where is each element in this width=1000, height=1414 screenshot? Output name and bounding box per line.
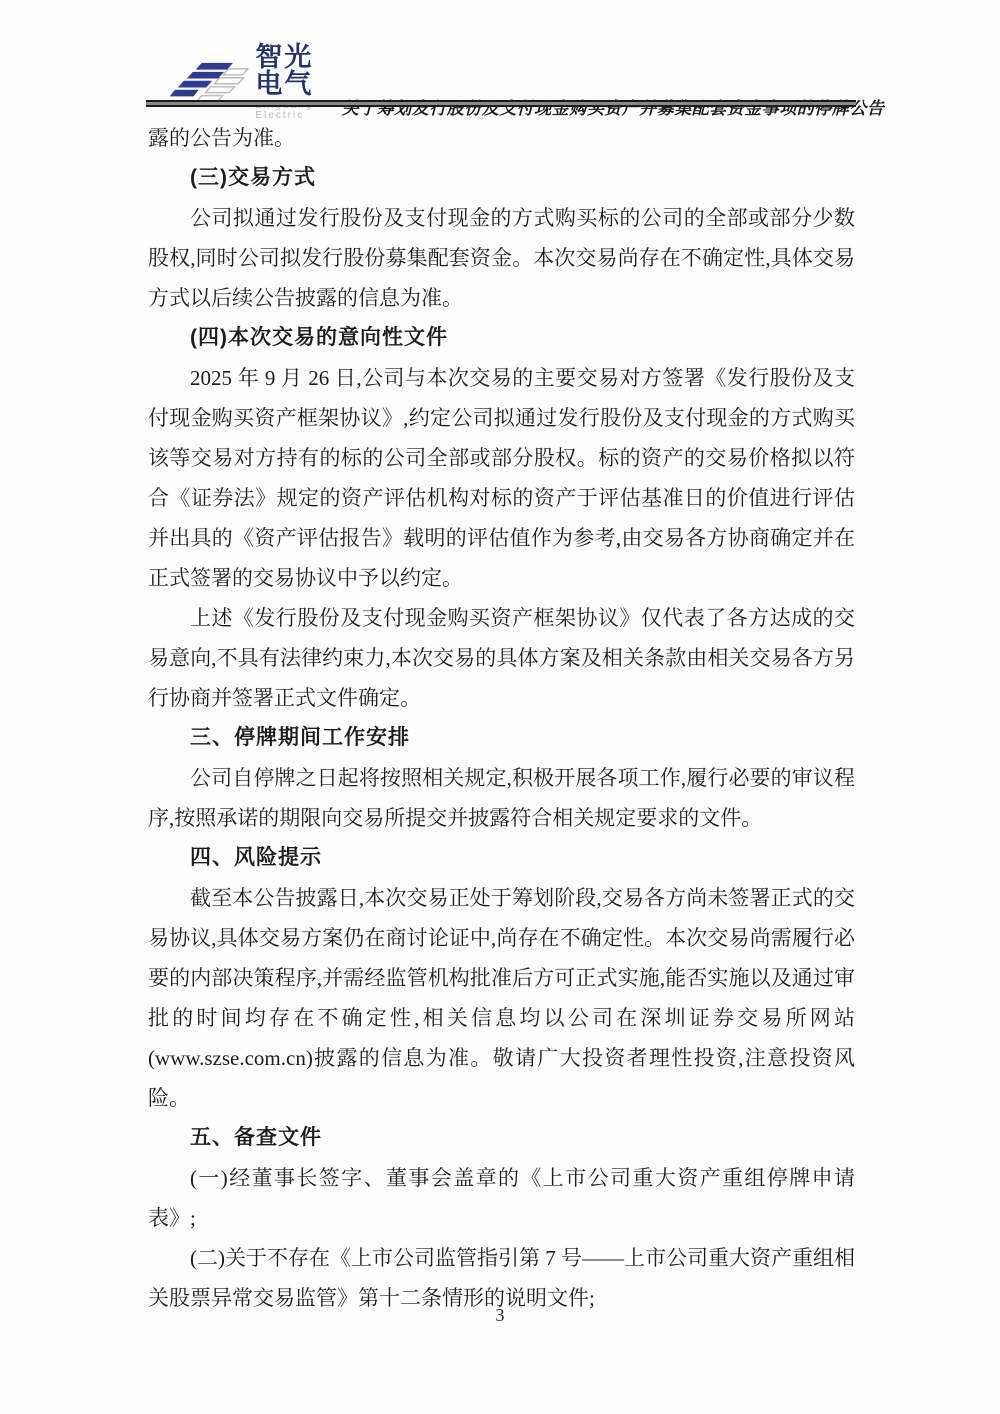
paragraph: 2025 年 9 月 26 日,公司与本次交易的主要交易对方签署《发行股份及支付…: [148, 358, 855, 598]
section-heading: (四)本次交易的意向性文件: [148, 318, 855, 358]
paragraph: (一)经董事长签字、董事会盖章的《上市公司重大资产重组停牌申请表》;: [148, 1158, 855, 1238]
section-heading: 五、备查文件: [148, 1118, 855, 1158]
page-header: 智光电气 Zhiguang Electric 关于筹划发行股份及支付现金购买资产…: [148, 44, 856, 121]
company-name: 智光电气: [255, 44, 341, 98]
logo-text: 智光电气 Zhiguang Electric: [255, 44, 341, 121]
paragraph: 截至本公告披露日,本次交易正处于筹划阶段,交易各方尚未签署正式的交易协议,具体交…: [148, 878, 855, 1118]
section-heading: 四、风险提示: [148, 838, 855, 878]
paragraph: 公司拟通过发行股份及支付现金的方式购买标的公司的全部或部分少数股权,同时公司拟发…: [148, 198, 855, 318]
document-page: 智光电气 Zhiguang Electric 关于筹划发行股份及支付现金购买资产…: [0, 0, 1000, 1414]
page-number: 3: [496, 1305, 505, 1325]
paragraph: 上述《发行股份及支付现金购买资产框架协议》仅代表了各方达成的交易意向,不具有法律…: [148, 598, 855, 718]
page-footer: 3: [0, 1305, 1000, 1326]
company-logo: 智光电气 Zhiguang Electric: [166, 44, 342, 121]
header-divider: [146, 100, 856, 107]
paragraph: 露的公告为准。: [148, 118, 855, 158]
section-heading: (三)交易方式: [148, 158, 855, 198]
document-body: 露的公告为准。(三)交易方式公司拟通过发行股份及支付现金的方式购买标的公司的全部…: [148, 118, 855, 1318]
paragraph: 公司自停牌之日起将按照相关规定,积极开展各项工作,履行必要的审议程序,按照承诺的…: [148, 758, 855, 838]
section-heading: 三、停牌期间工作安排: [148, 718, 855, 758]
